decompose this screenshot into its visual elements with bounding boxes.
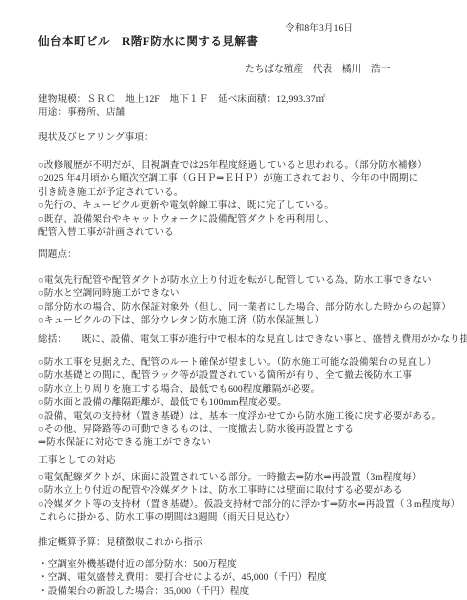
text-line: ○先行の、キュービクル更新や電気幹線工事は、既に完了している。: [38, 199, 427, 212]
text-line: ○部分防水の場合、防水保証対象外（但し、同一業者にした場合、部分防水した時からの…: [38, 301, 451, 314]
text-line: 配管入替工事が計画されている: [38, 226, 427, 239]
document-date: 令和8年3月16日: [285, 22, 353, 35]
text-line: ○防水立上り周りを施工する場合、最低でも600程度離隔が必要。: [38, 383, 441, 396]
text-line: ○電気配線ダクトが、床面に設置されている部分。一時撤去⇒防水⇒再設置（3m程度毎…: [38, 471, 460, 484]
building-usage: 用途：事務所、店舗: [38, 106, 325, 119]
text-line: ○設備、電気の支持材（置き基礎）は、基本一度浮かせてから防水施工後に戻す必要があ…: [38, 410, 441, 423]
text-line: ○防水工事を見据えた、配管のルート確保が望ましい。（防水施工可能な設備架台の見直…: [38, 356, 441, 369]
text-line: ⇒防水保証に対応できる施工ができない: [38, 436, 441, 449]
document-title: 仙台本町ビル R階F防水に関する見解書: [38, 33, 258, 49]
text-line: ○電気先行配管や配管ダクトが防水立上り付近を転がし配管している為、防水工事できな…: [38, 274, 451, 287]
text-line: ○防水と空調同時施工ができない: [38, 287, 451, 300]
problems-heading: 問題点：: [38, 248, 77, 261]
building-scale: 建物規模：ＳＲＣ 地上12F 地下１Ｆ 延べ床面積：12,993.37㎡: [38, 93, 325, 106]
text-line: ○既存、設備架台やキャットウォークに設備配管ダクトを再利用し、: [38, 213, 427, 226]
problems-section: ○電気先行配管や配管ダクトが防水立上り付近を転がし配管している為、防水工事できな…: [38, 274, 451, 328]
text-line: ○その他、昇降路等の可動できるものは、一度撤去し防水後再設置とする: [38, 423, 441, 436]
document-page: 令和8年3月16日 仙台本町ビル R階F防水に関する見解書 たちばな殖産 代表 …: [0, 0, 467, 600]
countermeasures-heading: 工事としての対応: [38, 454, 116, 467]
budget-heading: 推定概算予算：見積徴収これから指示: [38, 536, 203, 549]
text-line: ○防水面と設備の離隔距離が、最低でも100mm程度必要。: [38, 396, 441, 409]
text-line: ・空調、電気盛替え費用：要打合せによるが、45,000（千円）程度: [38, 571, 327, 584]
text-line: ○防水基礎との間に、配管ラック等が設置されている箇所が有り、全て撤去後防水工事: [38, 369, 441, 382]
text-line: これらに掛かる、防水工事の期間は3週間（雨天日見込む）: [38, 511, 460, 524]
budget-section: ・空調室外機基礎付近の部分防水：500万程度 ・空調、電気盛替え費用：要打合せに…: [38, 558, 327, 598]
summary-statement: 総括： 既に、設備、電気工事が進行中で根本的な見直しはできない事と、盛替え費用が…: [38, 333, 467, 346]
text-line: ・空調室外機基礎付近の部分防水：500万程度: [38, 558, 327, 571]
text-line: ○2025 年4月頃から順次空調工事（ＧＨＰ⇒ＥＨＰ）が施工されており、今年の中…: [38, 172, 427, 185]
text-line: 引き続き施工が予定されている。: [38, 186, 427, 199]
text-line: ○防水立上り付近の配管や冷媒ダクトは、防水工事時には壁面に取付する必要がある: [38, 484, 460, 497]
summary-section: ○防水工事を見据えた、配管のルート確保が望ましい。（防水施工可能な設備架台の見直…: [38, 356, 441, 450]
countermeasures-section: ○電気配線ダクトが、床面に設置されている部分。一時撤去⇒防水⇒再設置（3m程度毎…: [38, 471, 460, 525]
text-line: ○改修履歴が不明だが、目視調査では25年程度経過していると思われる。（部分防水補…: [38, 159, 427, 172]
hearing-heading: 現状及びヒアリング事項：: [38, 131, 154, 144]
building-info: 建物規模：ＳＲＣ 地上12F 地下１Ｆ 延べ床面積：12,993.37㎡ 用途：…: [38, 93, 325, 120]
text-line: ○冷媒ダクト等の支持材（置き基礎）。仮設支持材で部分的に浮かす⇒防水⇒再設置（３…: [38, 498, 460, 511]
text-line: ・設備架台の新設した場合：35,000（千円）程度: [38, 585, 327, 598]
hearing-section: ○改修履歴が不明だが、目視調査では25年程度経過していると思われる。（部分防水補…: [38, 159, 427, 239]
text-line: ○キュービクルの下は、部分ウレタン防水施工済（防水保証無し）: [38, 314, 451, 327]
author-line: たちばな殖産 代表 橘川 浩一: [245, 63, 390, 76]
